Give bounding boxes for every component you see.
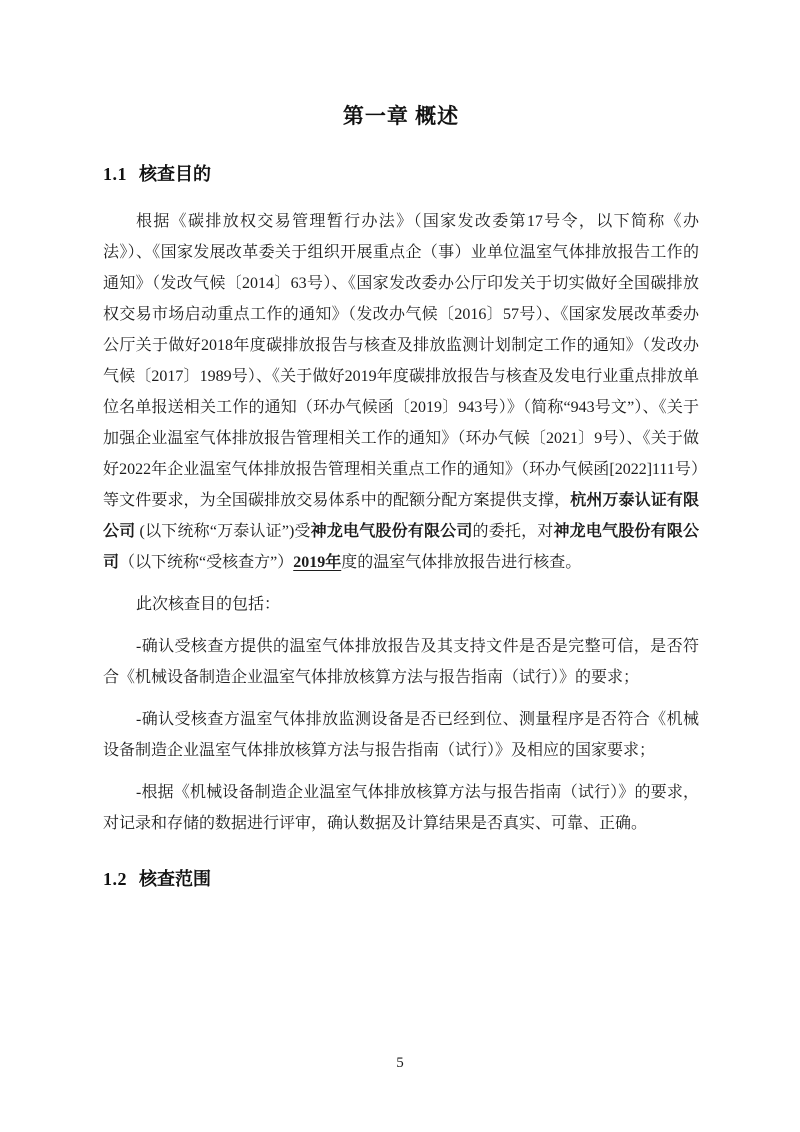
report-year: 2019年 — [293, 554, 341, 571]
page-number: 5 — [0, 1055, 800, 1072]
document-page: 第一章 概述 1.1核查目的 根据《碳排放权交易管理暂行办法》（国家发改委第17… — [0, 0, 800, 1132]
section-number: 1.2 — [103, 869, 127, 889]
section-heading-1-1: 1.1核查目的 — [103, 160, 699, 186]
intro-text-2: (以下统称“万泰认证”)受 — [135, 523, 310, 540]
section-label: 核查目的 — [139, 164, 211, 184]
purpose-item-1: -确认受核查方提供的温室气体排放报告及其支持文件是否是完整可信，是否符合《机械设… — [103, 631, 699, 693]
section-number: 1.1 — [103, 164, 127, 184]
section-heading-1-2: 1.2核查范围 — [103, 865, 699, 891]
purpose-item-3: -根据《机械设备制造企业温室气体排放核算方法与报告指南（试行）》的要求，对记录和… — [103, 777, 699, 839]
intro-text-1: 根据《碳排放权交易管理暂行办法》（国家发改委第17号令，以下简称《办法》）、《国… — [103, 213, 699, 509]
client-company-name: 神龙电气股份有限公司 — [311, 523, 473, 540]
intro-text-3: 的委托，对 — [473, 523, 554, 540]
intro-text-4: （以下统称“受核查方”） — [119, 554, 293, 571]
purpose-item-2: -确认受核查方温室气体排放监测设备是否已经到位、测量程序是否符合《机械设备制造企… — [103, 704, 699, 766]
section-label: 核查范围 — [139, 869, 211, 889]
intro-text-5: 度的温室气体排放报告进行核查。 — [341, 554, 581, 571]
intro-paragraph: 根据《碳排放权交易管理暂行办法》（国家发改委第17号令，以下简称《办法》）、《国… — [103, 206, 699, 578]
purpose-lead-paragraph: 此次核查目的包括： — [103, 589, 699, 620]
chapter-title: 第一章 概述 — [103, 100, 699, 130]
